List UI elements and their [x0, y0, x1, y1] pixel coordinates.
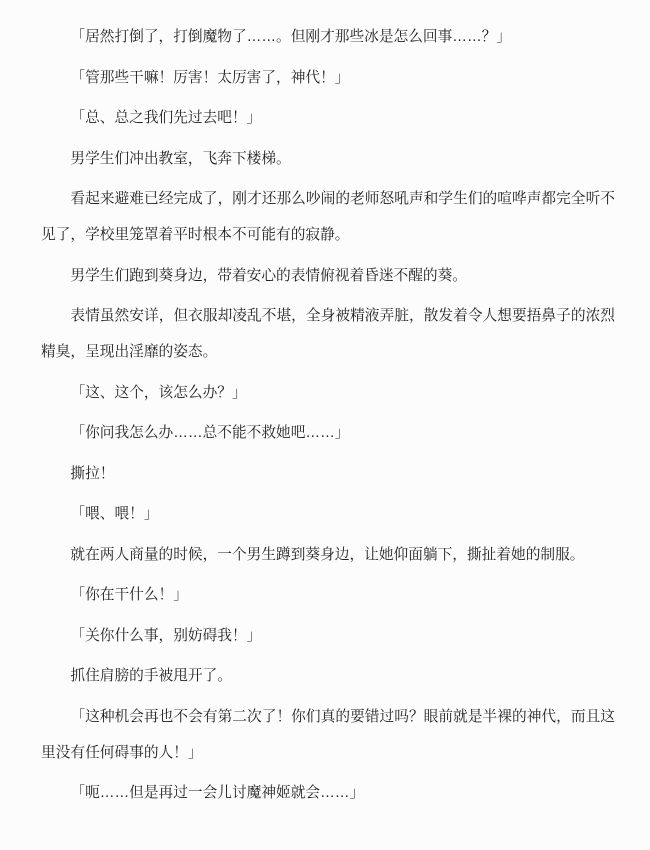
paragraph: 「关你什么事，别妨碍我！」 — [41, 618, 615, 654]
paragraph: 就在两人商量的时候，一个男生蹲到葵身边，让她仰面躺下，撕扯着她的制服。 — [41, 537, 615, 573]
paragraph: 「这、这个，该怎么办？」 — [41, 375, 615, 411]
paragraph: 看起来避难已经完成了，刚才还那么吵闹的老师怒吼声和学生们的喧哗声都完全听不见了，… — [41, 181, 615, 253]
paragraph: 表情虽然安详，但衣服却凌乱不堪，全身被精液弄脏，散发着令人想要捂鼻子的浓烈精臭，… — [41, 298, 615, 370]
paragraph: 男学生们冲出教室，飞奔下楼梯。 — [41, 141, 615, 177]
paragraph: 「喂、喂！」 — [41, 496, 615, 532]
paragraph-container: 「居然打倒了，打倒魔物了……。但刚才那些冰是怎么回事……？」「管那些干嘛！厉害！… — [41, 19, 615, 811]
paragraph: 「你问我怎么办……总不能不救她吧……」 — [41, 415, 615, 451]
paragraph: 「呃……但是再过一会儿讨魔神姬就会……」 — [41, 775, 615, 811]
paragraph: 「管那些干嘛！厉害！太厉害了，神代！」 — [41, 60, 615, 96]
paragraph: 抓住肩膀的手被甩开了。 — [41, 658, 615, 694]
paragraph: 「这种机会再也不会有第二次了！你们真的要错过吗？眼前就是半裸的神代，而且这里没有… — [41, 699, 615, 771]
paragraph: 「你在干什么！」 — [41, 577, 615, 613]
paragraph: 「总、总之我们先过去吧！」 — [41, 100, 615, 136]
paragraph: 「居然打倒了，打倒魔物了……。但刚才那些冰是怎么回事……？」 — [41, 19, 615, 55]
novel-reader-page[interactable]: 「居然打倒了，打倒魔物了……。但刚才那些冰是怎么回事……？」「管那些干嘛！厉害！… — [0, 0, 650, 850]
reader-app: { "page": { "background_color": "#fcfcfc… — [0, 0, 650, 850]
paragraph: 撕拉！ — [41, 456, 615, 492]
paragraph: 男学生们跑到葵身边，带着安心的表情俯视着昏迷不醒的葵。 — [41, 258, 615, 294]
